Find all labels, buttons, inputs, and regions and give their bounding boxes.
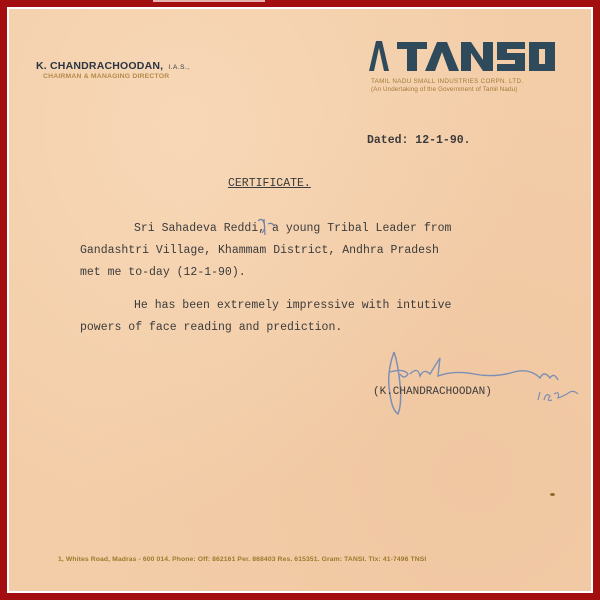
top-border-accent [153, 0, 265, 2]
sender-name: K. CHANDRACHOODAN, I.A.S., [36, 60, 190, 72]
sender-name-text: K. CHANDRACHOODAN, [36, 60, 163, 72]
sender-title: CHAIRMAN & MANAGING DIRECTOR [43, 73, 169, 80]
handwritten-correction-mark [244, 215, 284, 237]
signatory-name: (K.CHANDRACHOODAN) [373, 386, 492, 398]
paragraph2-line2: powers of face reading and prediction. [80, 321, 342, 334]
paragraph1-line1: Sri Sahadeva Reddi, a young Tribal Leade… [134, 222, 451, 235]
footer-address: 1, Whites Road, Madras - 600 014. Phone:… [58, 556, 426, 563]
dated-line: Dated: 12-1-90. [367, 134, 471, 147]
paragraph1-line3: met me to-day (12-1-90). [80, 266, 246, 279]
letter-page: K. CHANDRACHOODAN, I.A.S., CHAIRMAN & MA… [9, 9, 591, 591]
certificate-heading: CERTIFICATE. [228, 177, 311, 190]
tansi-arch-logo-icon [367, 40, 557, 72]
paper-stain [550, 493, 555, 496]
organization-note: (An Undertaking of the Government of Tam… [371, 86, 517, 93]
paragraph2-line1: He has been extremely impressive with in… [134, 299, 451, 312]
organization-name: TAMIL NADU SMALL INDUSTRIES CORPN. LTD. [371, 78, 523, 85]
paragraph1-line2: Gandashtri Village, Khammam District, An… [80, 244, 439, 257]
tansi-logo [367, 40, 557, 72]
signature [374, 344, 594, 424]
sender-name-suffix: I.A.S., [168, 64, 189, 71]
